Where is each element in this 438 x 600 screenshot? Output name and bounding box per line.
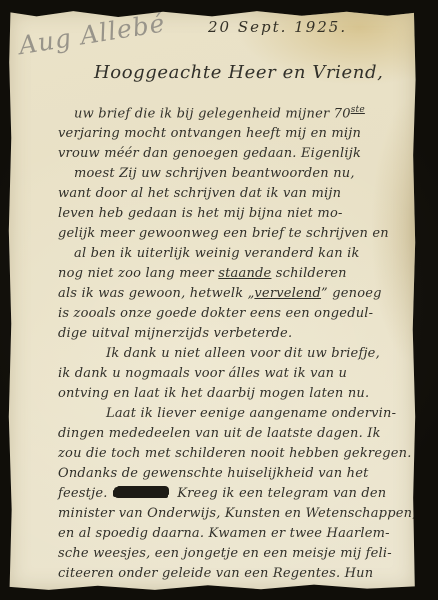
letter-text: nog niet zoo lang meer — [58, 266, 218, 281]
letter-line: dingen mededeelen van uit de laatste dag… — [58, 424, 410, 444]
scan-background: Aug Allebé 20 Sept. 1925. Hooggeachte He… — [0, 0, 438, 600]
letter-paper: Aug Allebé 20 Sept. 1925. Hooggeachte He… — [8, 10, 416, 591]
letter-date: 20 Sept. 1925. — [208, 18, 347, 36]
letter-body: uw brief die ik bij gelegenheid mijner 7… — [58, 100, 410, 584]
letter-text: als ik was gewoon, hetwelk „ — [58, 286, 254, 301]
letter-text: feestje. — [58, 486, 112, 501]
letter-text: gelijk meer gewoonweg een brief te schri… — [58, 226, 389, 241]
letter-line: ik dank u nogmaals voor álles wat ik van… — [58, 364, 410, 384]
letter-text: leven heb gedaan is het mij bijna niet m… — [58, 206, 343, 221]
letter-text: vrouw méér dan genoegen gedaan. Eigenlij… — [58, 146, 361, 161]
letter-text: dingen mededeelen van uit de laatste dag… — [58, 426, 381, 441]
letter-text: ” genoeg — [321, 286, 382, 301]
underlined-word: vervelend — [254, 286, 321, 301]
letter-text: Kreeg ik een telegram van den — [173, 486, 386, 501]
letter-text: al ben ik uiterlijk weinig veranderd kan… — [74, 246, 360, 261]
letter-text: dige uitval mijnerzijds verbeterde. — [58, 326, 292, 341]
letter-line: Ik dank u niet alleen voor dit uw briefj… — [58, 344, 410, 364]
letter-line: ontving en laat ik het daarbij mogen lat… — [58, 384, 410, 404]
letter-text: uw brief die ik bij gelegenheid mijner 7… — [74, 106, 351, 121]
letter-line: verjaring mocht ontvangen heeft mij en m… — [58, 124, 410, 144]
letter-text: verjaring mocht ontvangen heeft mij en m… — [58, 126, 361, 141]
superscript-ordinal: ste — [351, 105, 365, 115]
salutation: Hooggeachte Heer en Vriend, — [94, 62, 383, 83]
letter-line: als ik was gewoon, hetwelk „vervelend” g… — [58, 284, 410, 304]
letter-line: en al spoedig daarna. Kwamen er twee Haa… — [58, 524, 410, 544]
letter-line: citeeren onder geleide van een Regentes.… — [58, 564, 410, 584]
letter-text: Ik dank u niet alleen voor dit uw briefj… — [106, 346, 380, 361]
letter-line: leven heb gedaan is het mij bijna niet m… — [58, 204, 410, 224]
letter-line: want door al het schrijven dat ik van mi… — [58, 184, 410, 204]
underlined-word: staande — [218, 266, 271, 281]
letter-line: sche weesjes, een jongetje en een meisje… — [58, 544, 410, 564]
letter-line: feestje. Kreeg ik een telegram van den — [58, 484, 410, 504]
letter-line: nog niet zoo lang meer staande schildere… — [58, 264, 410, 284]
letter-text: ontving en laat ik het daarbij mogen lat… — [58, 386, 369, 401]
letter-text: sche weesjes, een jongetje en een meisje… — [58, 546, 392, 561]
letter-line: uw brief die ik bij gelegenheid mijner 7… — [58, 100, 410, 124]
letter-text: Ondanks de gewenschte huiselijkheid van … — [58, 466, 369, 481]
letter-line: Laat ik liever eenige aangename ondervin… — [58, 404, 410, 424]
letter-text: Laat ik liever eenige aangename ondervin… — [106, 406, 396, 421]
pencil-name-annotation: Aug Allebé — [17, 5, 189, 60]
scribbled-out-word — [114, 487, 168, 498]
letter-text: zou die toch met schilderen nooit hebben… — [58, 446, 412, 461]
letter-text: is zooals onze goede dokter eens een ong… — [58, 306, 373, 321]
letter-line: is zooals onze goede dokter eens een ong… — [58, 304, 410, 324]
letter-text: minister van Onderwijs, Kunsten en Weten… — [58, 506, 417, 521]
letter-line: moest Zij uw schrijven beantwoorden nu, — [58, 164, 410, 184]
letter-line: dige uitval mijnerzijds verbeterde. — [58, 324, 410, 344]
letter-line: Ondanks de gewenschte huiselijkheid van … — [58, 464, 410, 484]
letter-line: minister van Onderwijs, Kunsten en Weten… — [58, 504, 410, 524]
letter-line: vrouw méér dan genoegen gedaan. Eigenlij… — [58, 144, 410, 164]
letter-line: al ben ik uiterlijk weinig veranderd kan… — [58, 244, 410, 264]
letter-line: zou die toch met schilderen nooit hebben… — [58, 444, 410, 464]
letter-text: en al spoedig daarna. Kwamen er twee Haa… — [58, 526, 390, 541]
letter-line: gelijk meer gewoonweg een brief te schri… — [58, 224, 410, 244]
letter-text: ik dank u nogmaals voor álles wat ik van… — [58, 366, 347, 381]
letter-text: citeeren onder geleide van een Regentes.… — [58, 566, 373, 581]
letter-text: moest Zij uw schrijven beantwoorden nu, — [74, 166, 355, 181]
letter-text: schilderen — [271, 266, 346, 281]
letter-text: want door al het schrijven dat ik van mi… — [58, 186, 341, 201]
